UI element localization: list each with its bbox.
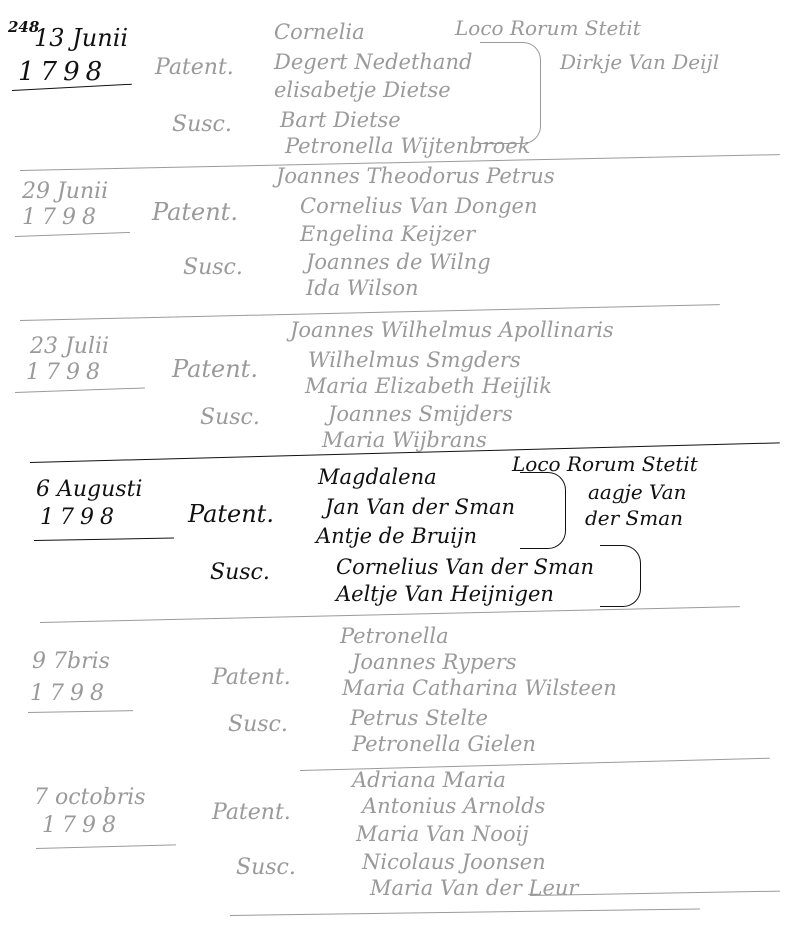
entry-2-year: 1798 bbox=[22, 206, 102, 230]
entry-4-sponsor-2: Aeltje Van Heijnigen bbox=[336, 582, 554, 606]
entry-3-child: Joannes Wilhelmus Apollinaris bbox=[290, 318, 614, 342]
entry-6-separator bbox=[230, 908, 700, 916]
entry-6-date: 7 octobris bbox=[34, 786, 146, 810]
entry-2-father: Cornelius Van Dongen bbox=[300, 194, 537, 218]
entry-2-child: Joannes Theodorus Petrus bbox=[276, 164, 555, 188]
entry-3-sponsor-1: Joannes Smijders bbox=[328, 402, 513, 426]
entry-1-father: Degert Nedethand bbox=[274, 50, 472, 74]
entry-3-date-underline bbox=[15, 387, 145, 393]
entry-1-date: 13 Junii bbox=[34, 26, 128, 50]
entry-6-sponsor-2: Maria Van der Leur bbox=[370, 876, 578, 900]
entry-2-mother: Engelina Keijzer bbox=[300, 222, 475, 246]
entry-6-sponsors-label: Susc. bbox=[236, 855, 296, 880]
entry-4-separator bbox=[40, 606, 740, 623]
entry-1-child: Cornelia bbox=[274, 20, 365, 44]
entry-4-brace-2 bbox=[600, 545, 641, 607]
entry-6-date-underline bbox=[36, 844, 176, 849]
entry-4-sponsors-label: Susc. bbox=[210, 560, 270, 585]
entry-5-father: Joannes Rypers bbox=[352, 650, 517, 674]
entry-2-sponsors-label: Susc. bbox=[183, 255, 243, 280]
entry-5-sponsor-1: Petrus Stelte bbox=[350, 706, 488, 730]
entry-5-child: Petronella bbox=[340, 624, 449, 648]
entry-1-margin-note-2: Dirkje Van Deijl bbox=[560, 50, 719, 74]
entry-1-mother: elisabetje Dietse bbox=[274, 78, 451, 102]
entry-5-parents-label: Patent. bbox=[212, 665, 291, 690]
entry-4-brace-1 bbox=[520, 472, 566, 549]
entry-4-margin-note-2: aagje Van bbox=[588, 480, 686, 504]
entry-2-parents-label: Patent. bbox=[152, 198, 238, 226]
entry-5-mother: Maria Catharina Wilsteen bbox=[342, 676, 617, 700]
entry-6-sponsor-1: Nicolaus Joonsen bbox=[362, 850, 546, 874]
entry-2-sponsor-2: Ida Wilson bbox=[306, 276, 419, 300]
entry-6-child: Adriana Maria bbox=[352, 768, 506, 792]
entry-4-child: Magdalena bbox=[318, 465, 437, 489]
entry-4-date-underline bbox=[34, 538, 174, 541]
entry-1-brace bbox=[480, 42, 541, 144]
entry-3-mother: Maria Elizabeth Heijlik bbox=[305, 374, 552, 398]
entry-3-year: 1798 bbox=[26, 361, 106, 385]
entry-1-parents-label: Patent. bbox=[155, 55, 234, 80]
entry-3-father: Wilhelmus Smgders bbox=[308, 348, 521, 372]
entry-4-year: 1798 bbox=[40, 506, 120, 530]
entry-4-margin-note-3: der Sman bbox=[585, 506, 683, 530]
entry-5-date: 9 7bris bbox=[32, 650, 110, 674]
entry-6-year: 1798 bbox=[42, 814, 122, 838]
entry-3-parents-label: Patent. bbox=[172, 355, 258, 383]
entry-1-year: 1798 bbox=[18, 60, 108, 84]
entry-4-parents-label: Patent. bbox=[188, 500, 274, 528]
entry-1-sponsors-label: Susc. bbox=[172, 112, 232, 137]
entry-5-year: 1798 bbox=[30, 682, 110, 706]
entry-4-father: Jan Van der Sman bbox=[325, 495, 515, 519]
entry-4-mother: Antje de Bruijn bbox=[316, 524, 477, 548]
entry-5-sponsors-label: Susc. bbox=[228, 712, 288, 737]
baptism-register-page: 248 13 Junii 1798 Patent. Susc. Cornelia… bbox=[0, 0, 800, 933]
entry-2-date: 29 Junii bbox=[22, 180, 108, 204]
entry-3-sponsor-2: Maria Wijbrans bbox=[322, 428, 487, 452]
entry-3-sponsors-label: Susc. bbox=[200, 405, 260, 430]
entry-6-mother: Maria Van Nooij bbox=[356, 822, 529, 846]
entry-2-sponsor-1: Joannes de Wilng bbox=[306, 250, 491, 274]
entry-5-date-underline bbox=[28, 710, 133, 713]
entry-1-margin-note-1: Loco Rorum Stetit bbox=[455, 16, 641, 40]
entry-3-date: 23 Julii bbox=[30, 335, 109, 359]
entry-4-date: 6 Augusti bbox=[36, 478, 142, 502]
entry-6-father: Antonius Arnolds bbox=[362, 794, 545, 818]
entry-5-sponsor-2: Petronella Gielen bbox=[352, 732, 536, 756]
entry-6-parents-label: Patent. bbox=[212, 800, 291, 825]
entry-1-sponsor-1: Bart Dietse bbox=[280, 108, 401, 132]
entry-4-sponsor-1: Cornelius Van der Sman bbox=[336, 555, 594, 579]
entry-2-date-underline bbox=[15, 232, 130, 237]
